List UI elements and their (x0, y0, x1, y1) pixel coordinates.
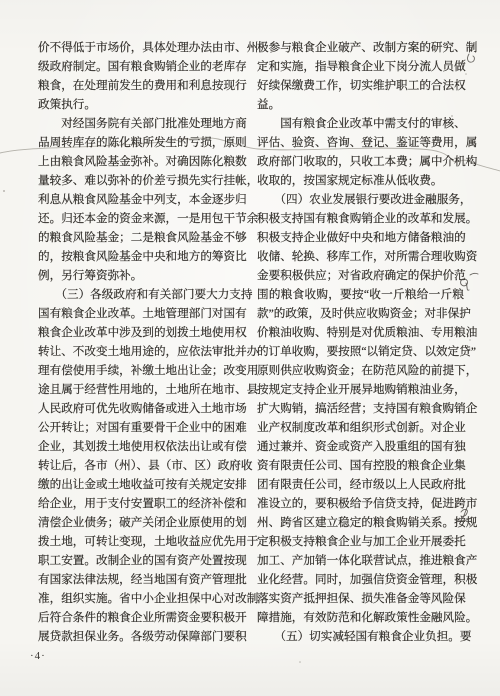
text-line: （四）农业发展银行要改进金融服务， (257, 190, 464, 209)
text-line: 理有偿使用手续，补缴土地出让金；改变用 (38, 361, 245, 380)
right-text-column: 极参与粮食企业破产、改制方案的研究、制定和实施，指导粮食企业下岗分流人员做好续保… (257, 38, 464, 646)
text-line: 企业，其划拨土地使用权依法出让或有偿 (38, 437, 245, 456)
text-line: 展贷款担保业务。各级劳动保障部门要积 (38, 627, 245, 646)
text-line: 加工、产加销一体化联营试点，推进粮食产 (257, 551, 464, 570)
text-line: 准，组织实施。省中小企业担保中心对改制 (38, 589, 245, 608)
text-line: 后符合条件的粮食企业所需资金要积极开 (38, 608, 245, 627)
text-line: 人民政府可优先收购储备或进入土地市场 (38, 399, 245, 418)
text-line: 价不得低于市场价，具体处理办法由市、州 (38, 38, 245, 57)
text-line: 定积极支持粮食企业与加工企业开展委托 (257, 532, 464, 551)
document-text-area: 价不得低于市场价，具体处理办法由市、州级政府制定。国有粮食购销企业的老库存粮食，… (38, 38, 464, 646)
text-line: 金要积极供应；对省政府确定的保护价范 (257, 266, 464, 285)
text-line: 落实资产抵押担保、损失准备金等风险保 (257, 589, 464, 608)
text-line: 拨土地，可转让变现，土地收益应优先用于 (38, 532, 245, 551)
text-line: 政府部门收取的，只收工本费；属中介机构 (257, 152, 464, 171)
text-line: 上由粮食风险基金弥补。对确因陈化粮数 (38, 152, 245, 171)
text-line: 积极支持国有粮食购销企业的改革和发展。 (257, 209, 464, 228)
text-line: 扩大购销，搞活经营；支持国有粮食购销企 (257, 399, 464, 418)
text-line: 的粮食风险基金；二是粮食风险基金不够 (38, 228, 245, 247)
text-line: 利息从粮食风险基金中列支，本金逐步归 (38, 190, 245, 209)
text-line: 公开转让；对国有重要骨干企业中的困难 (38, 418, 245, 437)
text-line: 的，按粮食风险基金中央和地方的筹资比 (38, 247, 245, 266)
text-line: 收储、轮换、移库工作，对所需合理收购资 (257, 247, 464, 266)
text-line: 量较多、难以弥补的价差亏损先实行挂帐， (38, 171, 245, 190)
text-line: 给企业，用于支付安置职工的经济补偿和 (38, 494, 245, 513)
text-line: 按规定支持企业开展异地购销粮油业务， (257, 380, 464, 399)
text-line: 品周转库存的陈化粮所发生的亏损，原则 (38, 133, 245, 152)
text-line: 收取的，按国家规定标准从低收费。 (257, 171, 464, 190)
text-line: 益。 (257, 95, 464, 114)
text-line: 职工安置。改制企业的国有资产处置按现 (38, 551, 245, 570)
text-line: 业化经营。同时，加强信贷资金管理，积极 (257, 570, 464, 589)
text-line: 积极支持企业做好中央和地方储备粮油的 (257, 228, 464, 247)
text-line: （三）各级政府和有关部门要大力支持 (38, 285, 245, 304)
text-line: 清偿企业债务；破产关闭企业原使用的划 (38, 513, 245, 532)
text-line: 团有限责任公司，经市级以上人民政府批 (257, 475, 464, 494)
text-line: 准设立的，要积极给予信贷支持，促进跨市 (257, 494, 464, 513)
text-line: 有国家法律法规，经当地国有资产管理批 (38, 570, 245, 589)
text-line: 转让、不改变土地用途的，应依法审批并办 (38, 342, 245, 361)
text-line: 国有粮食企业改革中需支付的审核、 (257, 114, 464, 133)
text-line: 转让后，各市（州）、县（市、区）政府收 (38, 456, 245, 475)
text-line: 国有粮食企业改革。土地管理部门对国有 (38, 304, 245, 323)
scanned-document-page: 价不得低于市场价，具体处理办法由市、州级政府制定。国有粮食购销企业的老库存粮食，… (0, 0, 500, 696)
text-line: 途且属于经营性用地的，土地所在地市、县 (38, 380, 245, 399)
text-line: 州、跨省区建立稳定的粮食购销关系。按规 (257, 513, 464, 532)
text-line: 的订单收购，要按照“以销定贷、以效定贷” (257, 342, 464, 361)
page-number: ·4· (30, 650, 46, 662)
text-line: 好续保缴费工作，切实维护职工的合法权 (257, 76, 464, 95)
left-text-column: 价不得低于市场价，具体处理办法由市、州级政府制定。国有粮食购销企业的老库存粮食，… (38, 38, 245, 646)
text-line: 定和实施，指导粮食企业下岗分流人员做 (257, 57, 464, 76)
text-line: 原则供应收购资金；在防范风险的前提下， (257, 361, 464, 380)
text-line: 资有限责任公司、国有控股的粮食企业集 (257, 456, 464, 475)
text-line: （五）切实减轻国有粮食企业负担。要 (257, 627, 464, 646)
text-line: 政策执行。 (38, 95, 245, 114)
text-line: 粮食，在处理前发生的费用和利息按现行 (38, 76, 245, 95)
text-line: 障措施，有效防范和化解政策性金融风险。 (257, 608, 464, 627)
text-line: 缴的出让金或土地收益可按有关规定安排 (38, 475, 245, 494)
text-line: 级政府制定。国有粮食购销企业的老库存 (38, 57, 245, 76)
text-line: 对经国务院有关部门批准处理地方商 (38, 114, 245, 133)
text-line: 业产权制度改革和组织形式创新。对企业 (257, 418, 464, 437)
text-line: 极参与粮食企业破产、改制方案的研究、制 (257, 38, 464, 57)
text-line: 通过兼并、资金或资产入股重组的国有独 (257, 437, 464, 456)
text-line: 价粮油收购、特别是对优质粮油、专用粮油 (257, 323, 464, 342)
text-line: 例，另行筹资弥补。 (38, 266, 245, 285)
text-line: 款”的政策，及时供应收购资金；对非保护 (257, 304, 464, 323)
text-line: 粮食企业改革中涉及到的划拨土地使用权 (38, 323, 245, 342)
text-line: 还。归还本金的资金来源，一是用包干节余 (38, 209, 245, 228)
text-line: 评估、验资、咨询、登记、鉴证等费用，属 (257, 133, 464, 152)
text-line: 围的粮食收购，要按“收一斤粮给一斤粮 (257, 285, 464, 304)
